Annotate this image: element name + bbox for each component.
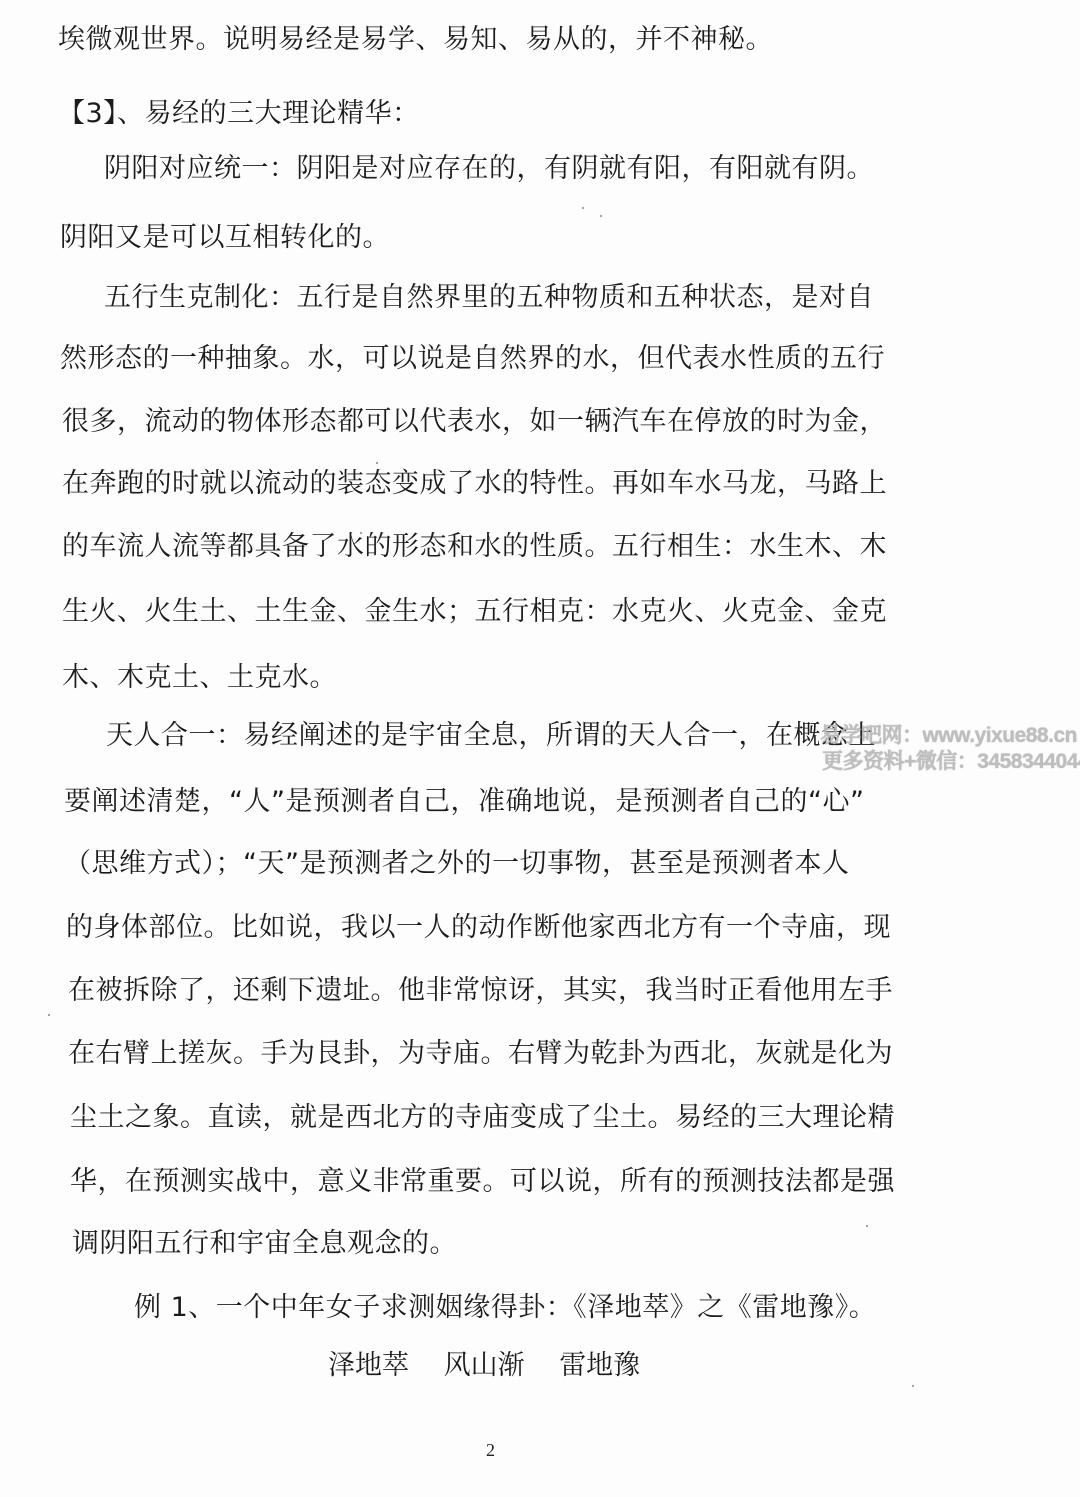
hexagram-changed: 雷地豫 [559, 1350, 640, 1381]
hexagram-original: 泽地萃 [328, 1350, 409, 1381]
text-line-wuxing-6: 生火、火生土、土生金、金生水；五行相克：水克火、火克金、金克 [62, 594, 887, 630]
scan-speck [395, 1370, 397, 1372]
text-line-tianren-6: 在右臂上搓灰。手为艮卦，为寺庙。右臂为乾卦为西北，灰就是化为 [68, 1036, 893, 1072]
text-line-wuxing-3: 很多，流动的物体形态都可以代表水，如一辆汽车在停放的时为金， [62, 404, 887, 440]
text-line-tianren-7: 尘土之象。直读，就是西北方的寺庙变成了尘土。易经的三大理论精 [70, 1100, 895, 1136]
page-number: 2 [486, 1440, 495, 1461]
example-line: 例 1、一个中年女子求测姻缘得卦：《泽地萃》之《雷地豫》。 [134, 1290, 876, 1326]
text-line-wuxing-7: 木、木克土、土克水。 [62, 660, 337, 696]
scan-speck [912, 1385, 914, 1387]
text-line-tianren-8: 华，在预测实战中，意义非常重要。可以说，所有的预测技法都是强 [70, 1164, 895, 1200]
text-line-yinyang-1: 阴阳对应统一：阴阳是对应存在的，有阴就有阳，有阳就有阴。 [104, 151, 874, 187]
text-line-1: 埃微观世界。说明易经是易学、易知、易从的，并不神秘。 [58, 22, 773, 58]
text-line-tianren-9: 调阴阳五行和宇宙全息观念的。 [72, 1226, 457, 1262]
text-line-wuxing-1: 五行生克制化：五行是自然界里的五种物质和五种状态，是对自 [104, 280, 874, 316]
text-line-tianren-4: 的身体部位。比如说，我以一人的动作断他家西北方有一个寺庙，现 [66, 910, 891, 946]
scan-speck [600, 215, 602, 217]
scanned-page: 埃微观世界。说明易经是易学、易知、易从的，并不神秘。 【3】、易经的三大理论精华… [0, 0, 1080, 1497]
text-line-tianren-5: 在被拆除了，还剩下遗址。他非常惊讶，其实，我当时正看他用左手 [68, 973, 893, 1009]
scan-speck [170, 160, 172, 162]
text-line-wuxing-4: 在奔跑的时就以流动的装态变成了水的特性。再如车水马龙，马路上 [62, 466, 887, 502]
scan-speck [582, 207, 584, 209]
scan-speck [360, 532, 362, 534]
text-line-wuxing-5: 的车流人流等都具备了水的形态和水的性质。五行相生：水生木、木 [62, 529, 887, 565]
text-line-wuxing-2: 然形态的一种抽象。水，可以说是自然界的水，但代表水性质的五行 [60, 341, 885, 377]
watermark-site: 易学吧网：www.yixue88.cn [820, 724, 1077, 748]
scan-speck [866, 1225, 868, 1227]
scan-speck [48, 1014, 50, 1016]
text-line-tianren-2: 要阐述清楚，“人”是预测者自己，准确地说，是预测者自己的“心” [64, 784, 864, 820]
watermark-contact: 更多资料+微信：3458344044 [822, 750, 1080, 774]
text-line-tianren-3: （思维方式）；“天”是预测者之外的一切事物，甚至是预测者本人 [64, 846, 849, 882]
text-line-yinyang-2: 阴阳又是可以互相转化的。 [60, 220, 390, 256]
hexagram-mutual: 风山渐 [444, 1350, 525, 1381]
text-line-tianren-1: 天人合一：易经阐述的是宇宙全息，所谓的天人合一，在概念上 [106, 718, 876, 754]
scan-speck [376, 462, 378, 464]
section-heading: 【3】、易经的三大理论精华： [58, 96, 420, 132]
hexagram-names: 泽地萃 风山渐 雷地豫 [328, 1348, 666, 1384]
